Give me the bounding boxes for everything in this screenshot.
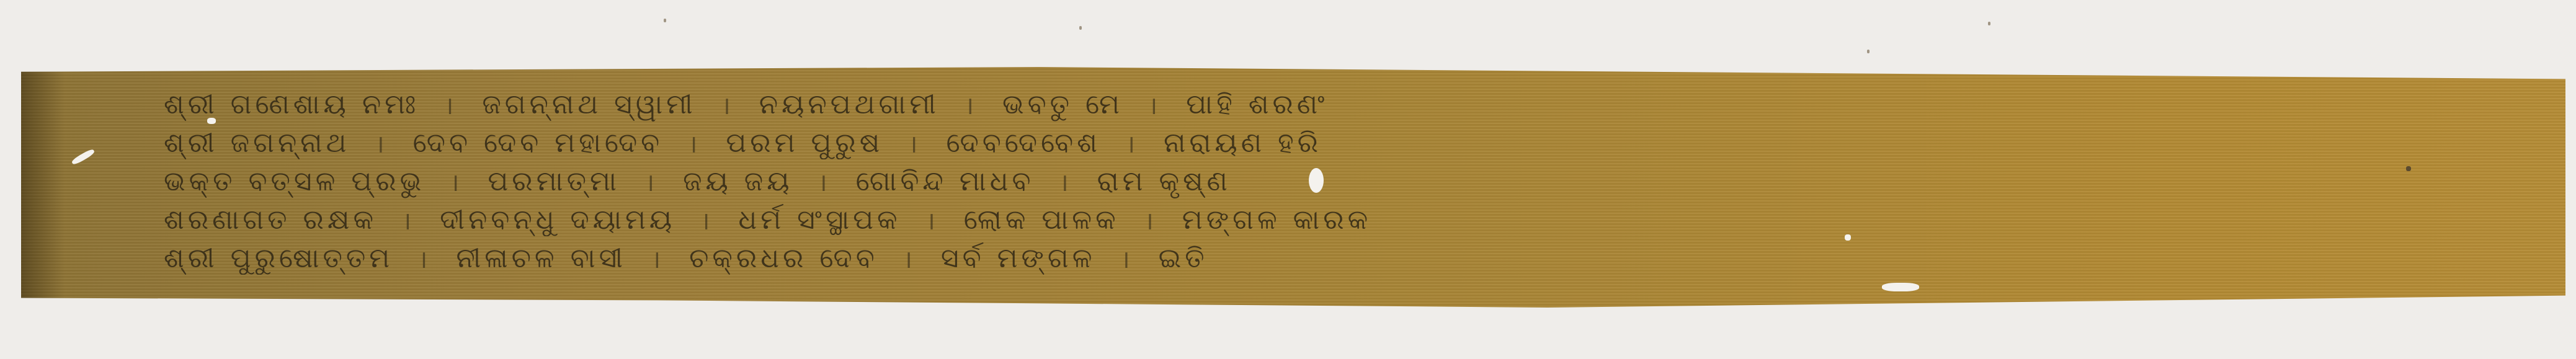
background-speck xyxy=(1988,22,1990,25)
danda-separator: । xyxy=(908,126,921,160)
text-segment: ପରମ ପୁରୁଷ xyxy=(726,127,883,159)
text-segment: ଗୋବିନ୍ଦ ମାଧବ xyxy=(856,166,1035,197)
background-speck xyxy=(664,19,666,22)
danda-separator: । xyxy=(418,241,431,275)
danda-separator: । xyxy=(651,241,664,275)
text-segment: ଲୋକ ପାଳକ xyxy=(964,204,1120,236)
manuscript-line-1: ଶ୍ରୀ ଗଣେଶାୟ ନମଃ। ଜଗନ୍ନାଥ ସ୍ୱାମୀ। ନୟନପଥଗା… xyxy=(164,87,2510,122)
text-segment: ଚକ୍ରଧର ଦେବ xyxy=(689,242,878,274)
text-segment: ଧର୍ମ ସଂସ୍ଥାପକ xyxy=(738,204,901,236)
insect-damage xyxy=(207,118,216,124)
text-segment: ଶ୍ରୀ ପୁରୁଷୋତ୍ତମ xyxy=(164,242,393,274)
text-segment: ଇତି xyxy=(1159,242,1208,274)
danda-separator: । xyxy=(444,87,457,122)
background-speck xyxy=(1079,26,1082,30)
manuscript-line-3: ଭକ୍ତ ବତ୍ସଳ ପ୍ରଭୁ। ପରମାତ୍ମା। ଜୟ ଜୟ। ଗୋବିନ… xyxy=(164,164,2510,198)
danda-separator: । xyxy=(402,203,415,237)
manuscript-line-2: ଶ୍ରୀ ଜଗନ୍ନାଥ। ଦେବ ଦେବ ମହାଦେବ। ପରମ ପୁରୁଷ।… xyxy=(164,125,2510,160)
text-segment: ମଙ୍ଗଳ କାରକ xyxy=(1182,204,1371,236)
text-segment: ଭବତୁ ମେ xyxy=(1002,89,1123,120)
text-segment: ନୀଳାଚଳ ବାସୀ xyxy=(456,242,626,274)
danda-separator: । xyxy=(1148,87,1161,122)
danda-separator: । xyxy=(926,203,939,237)
background-speck xyxy=(1867,50,1870,53)
danda-separator: । xyxy=(1144,203,1157,237)
text-segment: ଦେବ ଦେବ ମହାଦେବ xyxy=(413,127,664,159)
danda-separator: । xyxy=(1059,164,1072,198)
palm-leaf-folio: ଶ୍ରୀ ଗଣେଶାୟ ନମଃ। ଜଗନ୍ନାଥ ସ୍ୱାମୀ। ନୟନପଥଗା… xyxy=(21,67,2565,308)
manuscript-line-5: ଶ୍ରୀ ପୁରୁଷୋତ୍ତମ। ନୀଳାଚଳ ବାସୀ। ଚକ୍ରଧର ଦେବ… xyxy=(164,241,2510,275)
insect-damage xyxy=(1845,234,1851,241)
danda-separator: । xyxy=(375,126,388,160)
danda-separator: । xyxy=(700,203,713,237)
text-segment: ଶ୍ରୀ ଜଗନ୍ନାଥ xyxy=(164,127,350,159)
text-segment: ଶ୍ରୀ ଗଣେଶାୟ ନମଃ xyxy=(164,89,419,120)
text-segment: ନାରାୟଣ ହରି xyxy=(1164,127,1322,159)
text-segment: ପରମାତ୍ମା xyxy=(488,166,620,197)
text-segment: ପାହି ଶରଣଂ xyxy=(1186,89,1328,120)
danda-separator: । xyxy=(818,164,831,198)
danda-separator: । xyxy=(450,164,463,198)
text-segment: ଜୟ ଜୟ xyxy=(683,166,793,197)
text-segment: ଶରଣାଗତ ରକ୍ଷକ xyxy=(164,204,377,236)
danda-separator: । xyxy=(1126,126,1139,160)
insect-damage xyxy=(1882,283,1919,291)
danda-separator: । xyxy=(721,87,734,122)
text-segment: ଭକ୍ତ ବତ୍ସଳ ପ୍ରଭୁ xyxy=(164,166,425,197)
leaf-left-edge-stain xyxy=(21,67,65,308)
text-segment: ଦେବଦେବେଶ xyxy=(946,127,1100,159)
insect-damage xyxy=(2406,166,2411,171)
danda-separator: । xyxy=(688,126,701,160)
text-segment: ରାମ କୃଷ୍ଣ xyxy=(1097,166,1231,197)
binding-string-hole xyxy=(1309,168,1324,193)
text-segment: ଜଗନ୍ନାଥ ସ୍ୱାମୀ xyxy=(482,89,696,120)
danda-separator: । xyxy=(965,87,978,122)
danda-separator: । xyxy=(645,164,658,198)
danda-separator: । xyxy=(1120,241,1133,275)
text-segment: ଦୀନବନ୍ଧୁ ଦୟାମୟ xyxy=(440,204,675,236)
text-segment: ନୟନପଥଗାମୀ xyxy=(759,89,940,120)
danda-separator: । xyxy=(903,241,916,275)
text-segment: ସର୍ବ ମଙ୍ଗଳ xyxy=(941,242,1096,274)
manuscript-line-4: ଶରଣାଗତ ରକ୍ଷକ। ଦୀନବନ୍ଧୁ ଦୟାମୟ। ଧର୍ମ ସଂସ୍ଥ… xyxy=(164,202,2510,237)
